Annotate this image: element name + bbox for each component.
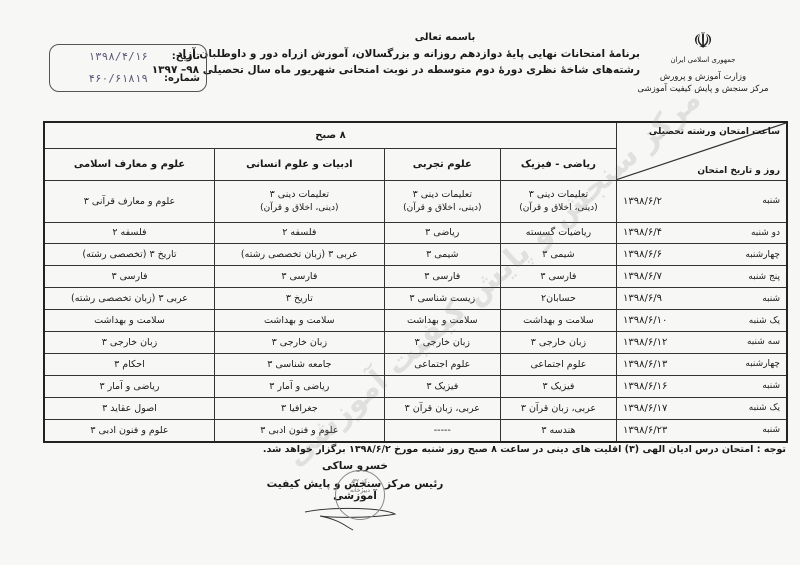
iran-emblem-icon: ☫	[628, 30, 778, 54]
subject-cell: جغرافیا ۳	[214, 397, 384, 419]
column-header-islamic-studies: علوم و معارف اسلامی	[44, 148, 214, 180]
subject-cell: فلسفه ۲	[44, 222, 214, 244]
stamp-code: کد ۳۲	[336, 477, 384, 486]
subject-cell: ریاضی و آمار ۳	[214, 375, 384, 397]
ministry-name: وزارت آموزش و پرورش	[628, 72, 778, 82]
subject-cell: عربی، زبان قرآن ۳	[384, 397, 500, 419]
corner-header-cell: ساعت امتحان ورشته تحصیلی روز و تاریخ امت…	[617, 122, 788, 180]
bismillah: باسمه تعالی	[250, 32, 640, 43]
day-name: چهارشنبه	[745, 359, 780, 369]
table-row: دو شنبه۱۳۹۸/۶/۴ ریاضیات گسسته ریاضی ۳ فل…	[44, 222, 787, 244]
exam-date: ۱۳۹۸/۶/۱۲	[623, 337, 667, 348]
subject-cell: فارسی ۳	[214, 266, 384, 288]
subject-cell: شیمی ۳	[500, 244, 616, 266]
subject-cell: فیزیک ۳	[500, 375, 616, 397]
exam-date: ۱۳۹۸/۶/۴	[623, 227, 662, 238]
table-row: سه شنبه۱۳۹۸/۶/۱۲ زبان خارجی ۳ زبان خارجی…	[44, 332, 787, 354]
date-label: تاریخ:	[148, 51, 200, 62]
subject-cell: علوم و فنون ادبی ۳	[214, 419, 384, 442]
day-date-cell: شنبه۱۳۹۸/۶/۹	[617, 288, 788, 310]
table-row: شنبه۱۳۹۸/۶/۲۳ هندسه ۳ ----- علوم و فنون …	[44, 419, 787, 442]
subject-cell: ریاضیات گسسته	[500, 222, 616, 244]
subject-cell: عربی ۳ (زبان تخصصی رشته)	[44, 288, 214, 310]
official-round-stamp: کد ۳۲ دبیرخانه	[335, 470, 385, 520]
subject-cell: زبان خارجی ۳	[500, 332, 616, 354]
subject-name: علوم و معارف قرآنی ۳	[84, 196, 175, 207]
day-name: سه شنبه	[747, 337, 780, 347]
subject-cell: فیزیک ۳	[384, 375, 500, 397]
subject-cell: علوم اجتماعی	[384, 353, 500, 375]
subject-cell: هندسه ۳	[500, 419, 616, 442]
day-date-cell: شنبه۱۳۹۸/۶/۲	[617, 180, 788, 222]
corner-bottom-label: روز و تاریخ امتحان	[697, 166, 780, 176]
subject-detail: (دینی، اخلاق و قرآن)	[503, 203, 614, 213]
day-date-cell: سه شنبه۱۳۹۸/۶/۱۲	[617, 332, 788, 354]
day-name: دو شنبه	[751, 228, 780, 238]
day-name: پنج شنبه	[748, 272, 780, 282]
day-name: شنبه	[762, 196, 780, 206]
date-value: ۱۳۹۸/۴/۱۶	[88, 50, 148, 63]
table-row: یک شنبه۱۳۹۸/۶/۱۷ عربی، زبان قرآن ۳ عربی،…	[44, 397, 787, 419]
exam-date: ۱۳۹۸/۶/۶	[623, 249, 662, 260]
day-date-cell: دو شنبه۱۳۹۸/۶/۴	[617, 222, 788, 244]
column-header-math-physics: ریاضی - فیزیک	[500, 148, 616, 180]
number-label: شماره:	[148, 73, 200, 84]
subject-name: تعلیمات دینی ۳	[270, 189, 329, 200]
time-header: ۸ صبح	[44, 122, 617, 148]
table-row: پنج شنبه۱۳۹۸/۶/۷ فارسی ۳ فارسی ۳ فارسی ۳…	[44, 266, 787, 288]
exam-date: ۱۳۹۸/۶/۷	[623, 271, 662, 282]
subject-cell: سلامت و بهداشت	[384, 310, 500, 332]
subject-cell: زبان خارجی ۳	[214, 332, 384, 354]
title-line-2: رشته‌های شاخهٔ نظری دورهٔ دوم متوسطه در …	[250, 64, 640, 76]
stamp-text: دبیرخانه	[336, 486, 384, 495]
number-value: ۴۶۰/۶۱۸۱۹	[88, 72, 148, 85]
day-name: یک شنبه	[749, 316, 780, 326]
subject-detail: (دینی، اخلاق و قرآن)	[217, 203, 382, 213]
exam-date: ۱۳۹۸/۶/۲	[623, 196, 662, 207]
subject-cell: شیمی ۳	[384, 244, 500, 266]
footnote: توجه : امتحان درس ادیان الهی (۳) اقلیت ه…	[263, 444, 786, 455]
corner-top-label: ساعت امتحان ورشته تحصیلی	[649, 127, 780, 137]
day-date-cell: چهارشنبه۱۳۹۸/۶/۶	[617, 244, 788, 266]
table-row: شنبه۱۳۹۸/۶/۱۶ فیزیک ۳ فیزیک ۳ ریاضی و آم…	[44, 375, 787, 397]
day-name: چهارشنبه	[745, 250, 780, 260]
day-date-cell: چهارشنبه۱۳۹۸/۶/۱۳	[617, 353, 788, 375]
day-date-cell: یک شنبه۱۳۹۸/۶/۱۰	[617, 310, 788, 332]
column-header-humanities: ادبیات و علوم انسانی	[214, 148, 384, 180]
subject-name: تعلیمات دینی ۳	[413, 189, 472, 200]
table-row: چهارشنبه۱۳۹۸/۶/۶ شیمی ۳ شیمی ۳ عربی ۳ (ز…	[44, 244, 787, 266]
subject-cell: عربی، زبان قرآن ۳	[500, 397, 616, 419]
subject-cell: علوم و فنون ادبی ۳	[44, 419, 214, 442]
schedule-table-wrapper: ساعت امتحان ورشته تحصیلی روز و تاریخ امت…	[43, 121, 788, 443]
table-row: چهارشنبه۱۳۹۸/۶/۱۳ علوم اجتماعی علوم اجتم…	[44, 353, 787, 375]
subject-cell: سلامت و بهداشت	[500, 310, 616, 332]
subject-cell: اصول عقاید ۳	[44, 397, 214, 419]
subject-cell: فارسی ۳	[500, 266, 616, 288]
day-name: یک شنبه	[749, 403, 780, 413]
subject-cell: فارسی ۳	[384, 266, 500, 288]
exam-date: ۱۳۹۸/۶/۱۳	[623, 359, 667, 370]
subject-cell: علوم و معارف قرآنی ۳	[44, 180, 214, 222]
subject-cell: تاریخ ۳ (تخصصی رشته)	[44, 244, 214, 266]
emblem-caption: جمهوری اسلامی ایران	[628, 56, 778, 64]
subject-name: تعلیمات دینی ۳	[529, 189, 588, 200]
exam-schedule-document: ☫ جمهوری اسلامی ایران وزارت آموزش و پرور…	[0, 0, 800, 565]
subject-cell: جامعه شناسی ۳	[214, 353, 384, 375]
exam-date: ۱۳۹۸/۶/۲۳	[623, 425, 667, 436]
reference-stamp: تاریخ: ۱۳۹۸/۴/۱۶ شماره: ۴۶۰/۶۱۸۱۹	[49, 44, 207, 92]
ministry-header: ☫ جمهوری اسلامی ایران وزارت آموزش و پرور…	[628, 30, 778, 94]
column-header-experimental-sciences: علوم تجربی	[384, 148, 500, 180]
table-row: یک شنبه۱۳۹۸/۶/۱۰ سلامت و بهداشت سلامت و …	[44, 310, 787, 332]
exam-date: ۱۳۹۸/۶/۱۰	[623, 315, 667, 326]
subject-cell: عربی ۳ (زبان تخصصی رشته)	[214, 244, 384, 266]
subject-cell: سلامت و بهداشت	[214, 310, 384, 332]
day-date-cell: پنج شنبه۱۳۹۸/۶/۷	[617, 266, 788, 288]
subject-cell: تاریخ ۳	[214, 288, 384, 310]
subject-cell: زبان خارجی ۳	[44, 332, 214, 354]
day-name: شنبه	[762, 294, 780, 304]
document-title-block: باسمه تعالی برنامهٔ امتحانات نهایی پایهٔ…	[250, 32, 640, 76]
subject-cell: زبان خارجی ۳	[384, 332, 500, 354]
subject-cell: احکام ۳	[44, 353, 214, 375]
exam-date: ۱۳۹۸/۶/۱۷	[623, 403, 667, 414]
subject-cell: فارسی ۳	[44, 266, 214, 288]
title-line-1: برنامهٔ امتحانات نهایی پایهٔ دوازدهم روز…	[250, 48, 640, 60]
day-date-cell: شنبه۱۳۹۸/۶/۲۳	[617, 419, 788, 442]
subject-cell: تعلیمات دینی ۳(دینی، اخلاق و قرآن)	[384, 180, 500, 222]
subject-detail: (دینی، اخلاق و قرآن)	[387, 203, 498, 213]
day-date-cell: شنبه۱۳۹۸/۶/۱۶	[617, 375, 788, 397]
center-name: مرکز سنجش و پایش کیفیت آموزشی	[628, 84, 778, 94]
day-name: شنبه	[762, 425, 780, 435]
subject-cell: ریاضی و آمار ۳	[44, 375, 214, 397]
subject-cell: زیست شناسی ۳	[384, 288, 500, 310]
exam-date: ۱۳۹۸/۶/۱۶	[623, 381, 667, 392]
table-row: شنبه۱۳۹۸/۶/۲ تعلیمات دینی ۳(دینی، اخلاق …	[44, 180, 787, 222]
day-date-cell: یک شنبه۱۳۹۸/۶/۱۷	[617, 397, 788, 419]
subject-cell: تعلیمات دینی ۳(دینی، اخلاق و قرآن)	[214, 180, 384, 222]
subject-cell: فلسفه ۲	[214, 222, 384, 244]
subject-cell: سلامت و بهداشت	[44, 310, 214, 332]
subject-cell: حسابان۲	[500, 288, 616, 310]
subject-cell: تعلیمات دینی ۳(دینی، اخلاق و قرآن)	[500, 180, 616, 222]
schedule-table: ساعت امتحان ورشته تحصیلی روز و تاریخ امت…	[43, 121, 788, 443]
exam-date: ۱۳۹۸/۶/۹	[623, 293, 662, 304]
subject-cell: -----	[384, 419, 500, 442]
subject-cell: علوم اجتماعی	[500, 353, 616, 375]
day-name: شنبه	[762, 381, 780, 391]
table-row: شنبه۱۳۹۸/۶/۹ حسابان۲ زیست شناسی ۳ تاریخ …	[44, 288, 787, 310]
subject-cell: ریاضی ۳	[384, 222, 500, 244]
